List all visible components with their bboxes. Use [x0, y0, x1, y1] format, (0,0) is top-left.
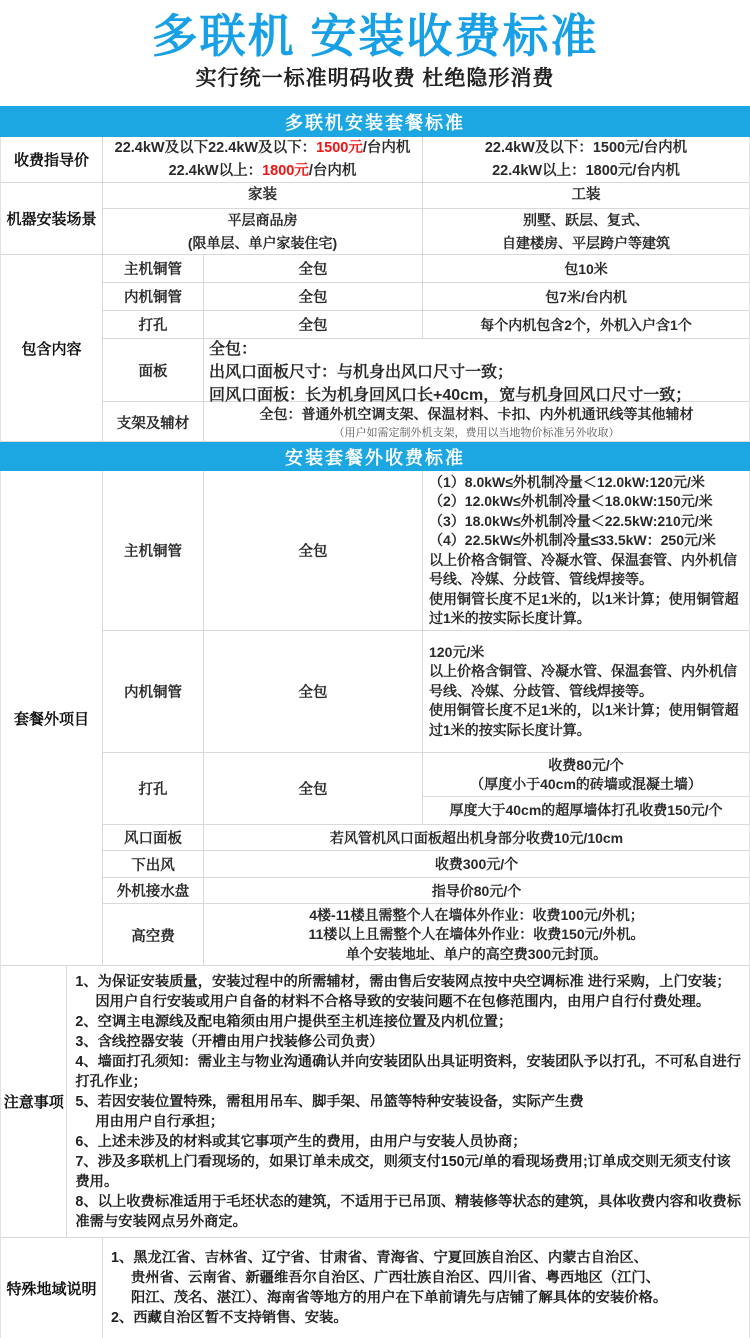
scene-body: 家装 工装 平层商品房 (限单层、单户家装住宅) 别墅、跃层、复式、 自建楼房、…: [103, 183, 749, 254]
note-line-6: 6、上述未涉及的材料或其它事项产生的费用，由用户与安装人员协商；: [75, 1132, 741, 1152]
region-line-2: 2、西藏自治区暂不支持销售、安装。: [111, 1308, 741, 1328]
region-line-1b: 贵州省、云南省、新疆维吾尔自治区、广西壮族自治区、四川省、粤西地区（江门、: [111, 1268, 741, 1288]
extra-row-high-altitude: 高空费 4楼-11楼且需整个人在墙体外作业：收费100元/外机； 11楼以上且需…: [103, 904, 749, 966]
included-row-panel: 全包： 面板 全包： 出风口面板尺寸：与机身出风口尺寸一致； 回风口面板：长为机…: [103, 339, 749, 402]
host-pipe-tier-4: （4）22.5kW≤外机制冷量≤33.5kW：250元/米: [429, 531, 716, 551]
panel-line-1: 全包：: [209, 336, 257, 359]
included-row-bracket: 支架及辅材 全包：普通外机空调支架、保温材料、卡扣、内外机通讯线等其他辅材 （用…: [103, 402, 749, 442]
row-install-scene: 机器安装场景 家装 工装 平层商品房 (限单层、单户家装住宅) 别墅、跃层、复式…: [1, 183, 749, 255]
included-row-drill: 打孔 全包 每个内机包含2个，外机入户含1个: [103, 311, 749, 339]
note-line-8b: 准需与安装网点另外商定。: [75, 1212, 741, 1232]
extra-drill-mid: 全包: [204, 753, 423, 824]
scene-type-row: 家装 工装: [103, 183, 749, 209]
extra-row-host-pipe: 主机铜管 全包 （1）8.0kW≤外机制冷量＜12.0kW:120元/米 （2）…: [103, 471, 749, 631]
host-pipe-note-2: 使用铜管长度不足1米的，以1米计算；使用铜管超过1米的按实际长度计算。: [429, 590, 745, 629]
extra-host-pipe-mid: 全包: [204, 471, 423, 630]
indoor-pipe-note-1: 以上价格含铜管、冷凝水管、保温套管、内外机信号线、冷媒、分歧管、管线焊接等。: [429, 662, 745, 701]
host-pipe-note-1: 以上价格含铜管、冷凝水管、保温套管、内外机信号线、冷媒、分歧管、管线焊接等。: [429, 551, 745, 590]
extra-label: 套餐外项目: [1, 471, 103, 965]
region-line-1: 1、黑龙江省、吉林省、辽宁省、甘肃省、青海省、宁夏回族自治区、内蒙古自治区、: [111, 1248, 741, 1268]
row-price-guide: 收费指导价 22.4kW及以下22.4kW及以下：1500元/台内机 22.4k…: [1, 137, 749, 183]
regions-label: 特殊地域说明: [1, 1238, 103, 1338]
host-pipe-tier-3: （3）18.0kW≤外机制冷量＜22.5kW:210元/米: [429, 512, 713, 532]
indoor-pipe-note-2: 使用铜管长度不足1米的，以1米计算；使用铜管超过1米的按实际长度计算。: [429, 701, 745, 740]
price-home-line1-amount: 1500元: [316, 140, 363, 156]
scene-work-desc1: 别墅、跃层、复式、: [523, 209, 649, 232]
drill-lower: 厚度大于40cm的超厚墙体打孔收费150元/个: [423, 797, 749, 824]
row-special-regions: 特殊地域说明 1、黑龙江省、吉林省、辽宁省、甘肃省、青海省、宁夏回族自治区、内蒙…: [1, 1238, 749, 1338]
bracket-note: （用户如需定制外机支架，费用以当地物价标准另外收取）: [334, 426, 620, 440]
included-drill-mid: 全包: [204, 311, 423, 338]
note-line-7b: 费用。: [75, 1172, 741, 1192]
scene-desc-row: 平层商品房 (限单层、单户家装住宅) 别墅、跃层、复式、 自建楼房、平层跨户等建…: [103, 209, 749, 254]
section-band-package: 多联机安装套餐标准: [0, 106, 750, 137]
included-bracket-detail: 全包：普通外机空调支架、保温材料、卡扣、内外机通讯线等其他辅材 （用户如需定制外…: [204, 402, 749, 442]
price-home-line2-pre: 22.4kW以上：: [169, 163, 262, 179]
included-host-pipe-name: 主机铜管: [103, 255, 204, 282]
included-bracket-name: 支架及辅材: [103, 402, 204, 442]
scene-label: 机器安装场景: [1, 183, 103, 254]
included-row-host-pipe: 主机铜管 全包 包10米: [103, 255, 749, 283]
regions-content: 1、黑龙江省、吉林省、辽宁省、甘肃省、青海省、宁夏回族自治区、内蒙古自治区、 贵…: [103, 1238, 749, 1338]
scene-work-desc2: 自建楼房、平层跨户等建筑: [502, 232, 670, 255]
included-indoor-pipe-value: 包7米/台内机: [423, 283, 749, 310]
note-line-1: 1、为保证安装质量，安装过程中的所需辅材，需由售后安装网点按中央空调标准 进行采…: [75, 972, 741, 992]
price-work-line2: 22.4kW以上：1800元/台内机: [492, 160, 680, 183]
included-body: 主机铜管 全包 包10米 内机铜管 全包 包7米/台内机 打孔 全包 每个内机包…: [103, 255, 749, 441]
note-line-7: 7、涉及多联机上门看现场的，如果订单未成交，则须支付150元/单的看现场费用;订…: [75, 1152, 741, 1172]
page-title: 多联机 安装收费标准: [0, 0, 750, 62]
extra-drill-detail: 收费80元/个 （厚度小于40cm的砖墙或混凝土墙） 厚度大于40cm的超厚墙体…: [423, 753, 749, 824]
high-altitude-line3: 单个安装地址、单户的高空费300元封顶。: [346, 945, 607, 965]
drain-pan-value: 指导价80元/个: [204, 878, 749, 903]
extra-host-pipe-name: 主机铜管: [103, 471, 204, 630]
included-indoor-pipe-mid: 全包: [204, 283, 423, 310]
note-line-4b: 打孔作业；: [75, 1072, 741, 1092]
scene-home-desc: 平层商品房 (限单层、单户家装住宅): [103, 209, 423, 254]
indoor-pipe-price: 120元/米: [429, 643, 484, 663]
included-label: 包含内容: [1, 255, 103, 441]
extra-table: 套餐外项目 主机铜管 全包 （1）8.0kW≤外机制冷量＜12.0kW:120元…: [0, 471, 750, 1338]
extra-row-drain-pan: 外机接水盘 指导价80元/个: [103, 878, 749, 904]
price-home-line1-pre: 22.4kW及以下22.4kW及以下：: [115, 140, 316, 156]
included-panel-name: 面板: [103, 339, 204, 401]
duct-panel-name: 风口面板: [103, 825, 204, 850]
note-line-1b: 因用户自行安装或用户自备的材料不合格导致的安装问题不在包修范围内，由用户自行付费…: [75, 992, 741, 1012]
down-air-value: 收费300元/个: [204, 851, 749, 877]
extra-host-pipe-detail: （1）8.0kW≤外机制冷量＜12.0kW:120元/米 （2）12.0kW≤外…: [423, 471, 749, 630]
price-home-line2-amount: 1800元: [262, 163, 309, 179]
price-work-line1: 22.4kW及以下：1500元/台内机: [485, 137, 687, 160]
scene-home-desc2: (限单层、单户家装住宅): [188, 232, 337, 255]
drill-upper: 收费80元/个 （厚度小于40cm的砖墙或混凝土墙）: [423, 753, 749, 797]
price-guide-label: 收费指导价: [1, 137, 103, 182]
notes-content: 1、为保证安装质量，安装过程中的所需辅材，需由售后安装网点按中央空调标准 进行采…: [67, 966, 749, 1237]
price-home-line1: 22.4kW及以下22.4kW及以下：1500元/台内机: [115, 137, 411, 160]
included-panel-detail: 全包： 出风口面板尺寸：与机身出风口尺寸一致； 回风口面板：长为机身回风口长+4…: [204, 339, 749, 401]
price-guide-home-cell: 22.4kW及以下22.4kW及以下：1500元/台内机 22.4kW以上：18…: [103, 137, 423, 182]
high-altitude-name: 高空费: [103, 904, 204, 966]
notes-label: 注意事项: [1, 966, 67, 1237]
row-notes: 注意事项 1、为保证安装质量，安装过程中的所需辅材，需由售后安装网点按中央空调标…: [1, 966, 749, 1238]
bracket-main: 全包：普通外机空调支架、保温材料、卡扣、内外机通讯线等其他辅材: [260, 404, 694, 424]
row-extra-items: 套餐外项目 主机铜管 全包 （1）8.0kW≤外机制冷量＜12.0kW:120元…: [1, 471, 749, 966]
extra-row-duct-panel: 风口面板 若风管机风口面板超出机身部分收费10元/10cm: [103, 825, 749, 851]
panel-line-2: 出风口面板尺寸：与机身出风口尺寸一致；: [209, 359, 513, 382]
drill-upper-line1: 收费80元/个: [548, 756, 623, 775]
scene-home-type: 家装: [103, 183, 423, 208]
included-host-pipe-mid: 全包: [204, 255, 423, 282]
note-line-2: 2、空调主电源线及配电箱须由用户提供至主机连接位置及内机位置；: [75, 1012, 741, 1032]
included-indoor-pipe-name: 内机铜管: [103, 283, 204, 310]
drill-upper-line2: （厚度小于40cm的砖墙或混凝土墙）: [470, 775, 702, 794]
package-table: 收费指导价 22.4kW及以下22.4kW及以下：1500元/台内机 22.4k…: [0, 137, 750, 442]
host-pipe-tier-2: （2）12.0kW≤外机制冷量＜18.0kW:150元/米: [429, 492, 713, 512]
extra-indoor-pipe-detail: 120元/米 以上价格含铜管、冷凝水管、保温套管、内外机信号线、冷媒、分歧管、管…: [423, 631, 749, 752]
scene-work-desc: 别墅、跃层、复式、 自建楼房、平层跨户等建筑: [423, 209, 749, 254]
section-band-extra: 安装套餐外收费标准: [0, 442, 750, 471]
price-home-line2: 22.4kW以上：1800元/台内机: [169, 160, 357, 183]
high-altitude-line1: 4楼-11楼且需整个人在墙体外作业：收费100元/外机；: [309, 906, 644, 926]
included-drill-name: 打孔: [103, 311, 204, 338]
duct-panel-value: 若风管机风口面板超出机身部分收费10元/10cm: [204, 825, 749, 850]
row-included-content: 包含内容 主机铜管 全包 包10米 内机铜管 全包 包7米/台内机 打孔 全包 …: [1, 255, 749, 442]
note-line-3: 3、含线控器安装（开槽由用户找装修公司负责）: [75, 1032, 741, 1052]
page-subtitle: 实行统一标准明码收费 杜绝隐形消费: [0, 65, 750, 93]
page-header: 多联机 安装收费标准 实行统一标准明码收费 杜绝隐形消费: [0, 0, 750, 106]
extra-row-drill: 打孔 全包 收费80元/个 （厚度小于40cm的砖墙或混凝土墙） 厚度大于40c…: [103, 753, 749, 825]
note-line-4: 4、墙面打孔须知：需业主与物业沟通确认并向安装团队出具证明资料，安装团队予以打孔…: [75, 1052, 741, 1072]
fee-standard-sheet: 多联机 安装收费标准 实行统一标准明码收费 杜绝隐形消费 多联机安装套餐标准 收…: [0, 0, 750, 1338]
note-line-5b: 用由用户自行承担；: [75, 1112, 741, 1132]
extra-body: 主机铜管 全包 （1）8.0kW≤外机制冷量＜12.0kW:120元/米 （2）…: [103, 471, 749, 965]
price-guide-work-cell: 22.4kW及以下：1500元/台内机 22.4kW以上：1800元/台内机: [423, 137, 749, 182]
extra-drill-name: 打孔: [103, 753, 204, 824]
host-pipe-tier-1: （1）8.0kW≤外机制冷量＜12.0kW:120元/米: [429, 473, 705, 493]
high-altitude-line2: 11楼以上且需整个人在墙体外作业：收费150元/外机。: [308, 925, 644, 945]
included-drill-value: 每个内机包含2个，外机入户含1个: [423, 311, 749, 338]
extra-row-indoor-pipe: 内机铜管 全包 120元/米 以上价格含铜管、冷凝水管、保温套管、内外机信号线、…: [103, 631, 749, 753]
price-home-line1-post: /台内机: [363, 140, 411, 156]
included-host-pipe-value: 包10米: [423, 255, 749, 282]
note-line-5: 5、若因安装位置特殊，需租用吊车、脚手架、吊篮等特种安装设备，实际产生费: [75, 1092, 741, 1112]
extra-indoor-pipe-mid: 全包: [204, 631, 423, 752]
region-line-1c: 阳江、茂名、湛江）、海南省等地方的用户在下单前请先与店铺了解具体的安装价格。: [111, 1288, 741, 1308]
extra-row-down-air: 下出风 收费300元/个: [103, 851, 749, 878]
drain-pan-name: 外机接水盘: [103, 878, 204, 903]
note-line-8: 8、以上收费标准适用于毛坯状态的建筑，不适用于已吊顶、精装修等状态的建筑，具体收…: [75, 1192, 741, 1212]
extra-indoor-pipe-name: 内机铜管: [103, 631, 204, 752]
included-row-indoor-pipe: 内机铜管 全包 包7米/台内机: [103, 283, 749, 311]
down-air-name: 下出风: [103, 851, 204, 877]
price-home-line2-post: /台内机: [309, 163, 357, 179]
scene-work-type: 工装: [423, 183, 749, 208]
scene-home-desc1: 平层商品房: [228, 209, 298, 232]
high-altitude-detail: 4楼-11楼且需整个人在墙体外作业：收费100元/外机； 11楼以上且需整个人在…: [204, 904, 749, 966]
